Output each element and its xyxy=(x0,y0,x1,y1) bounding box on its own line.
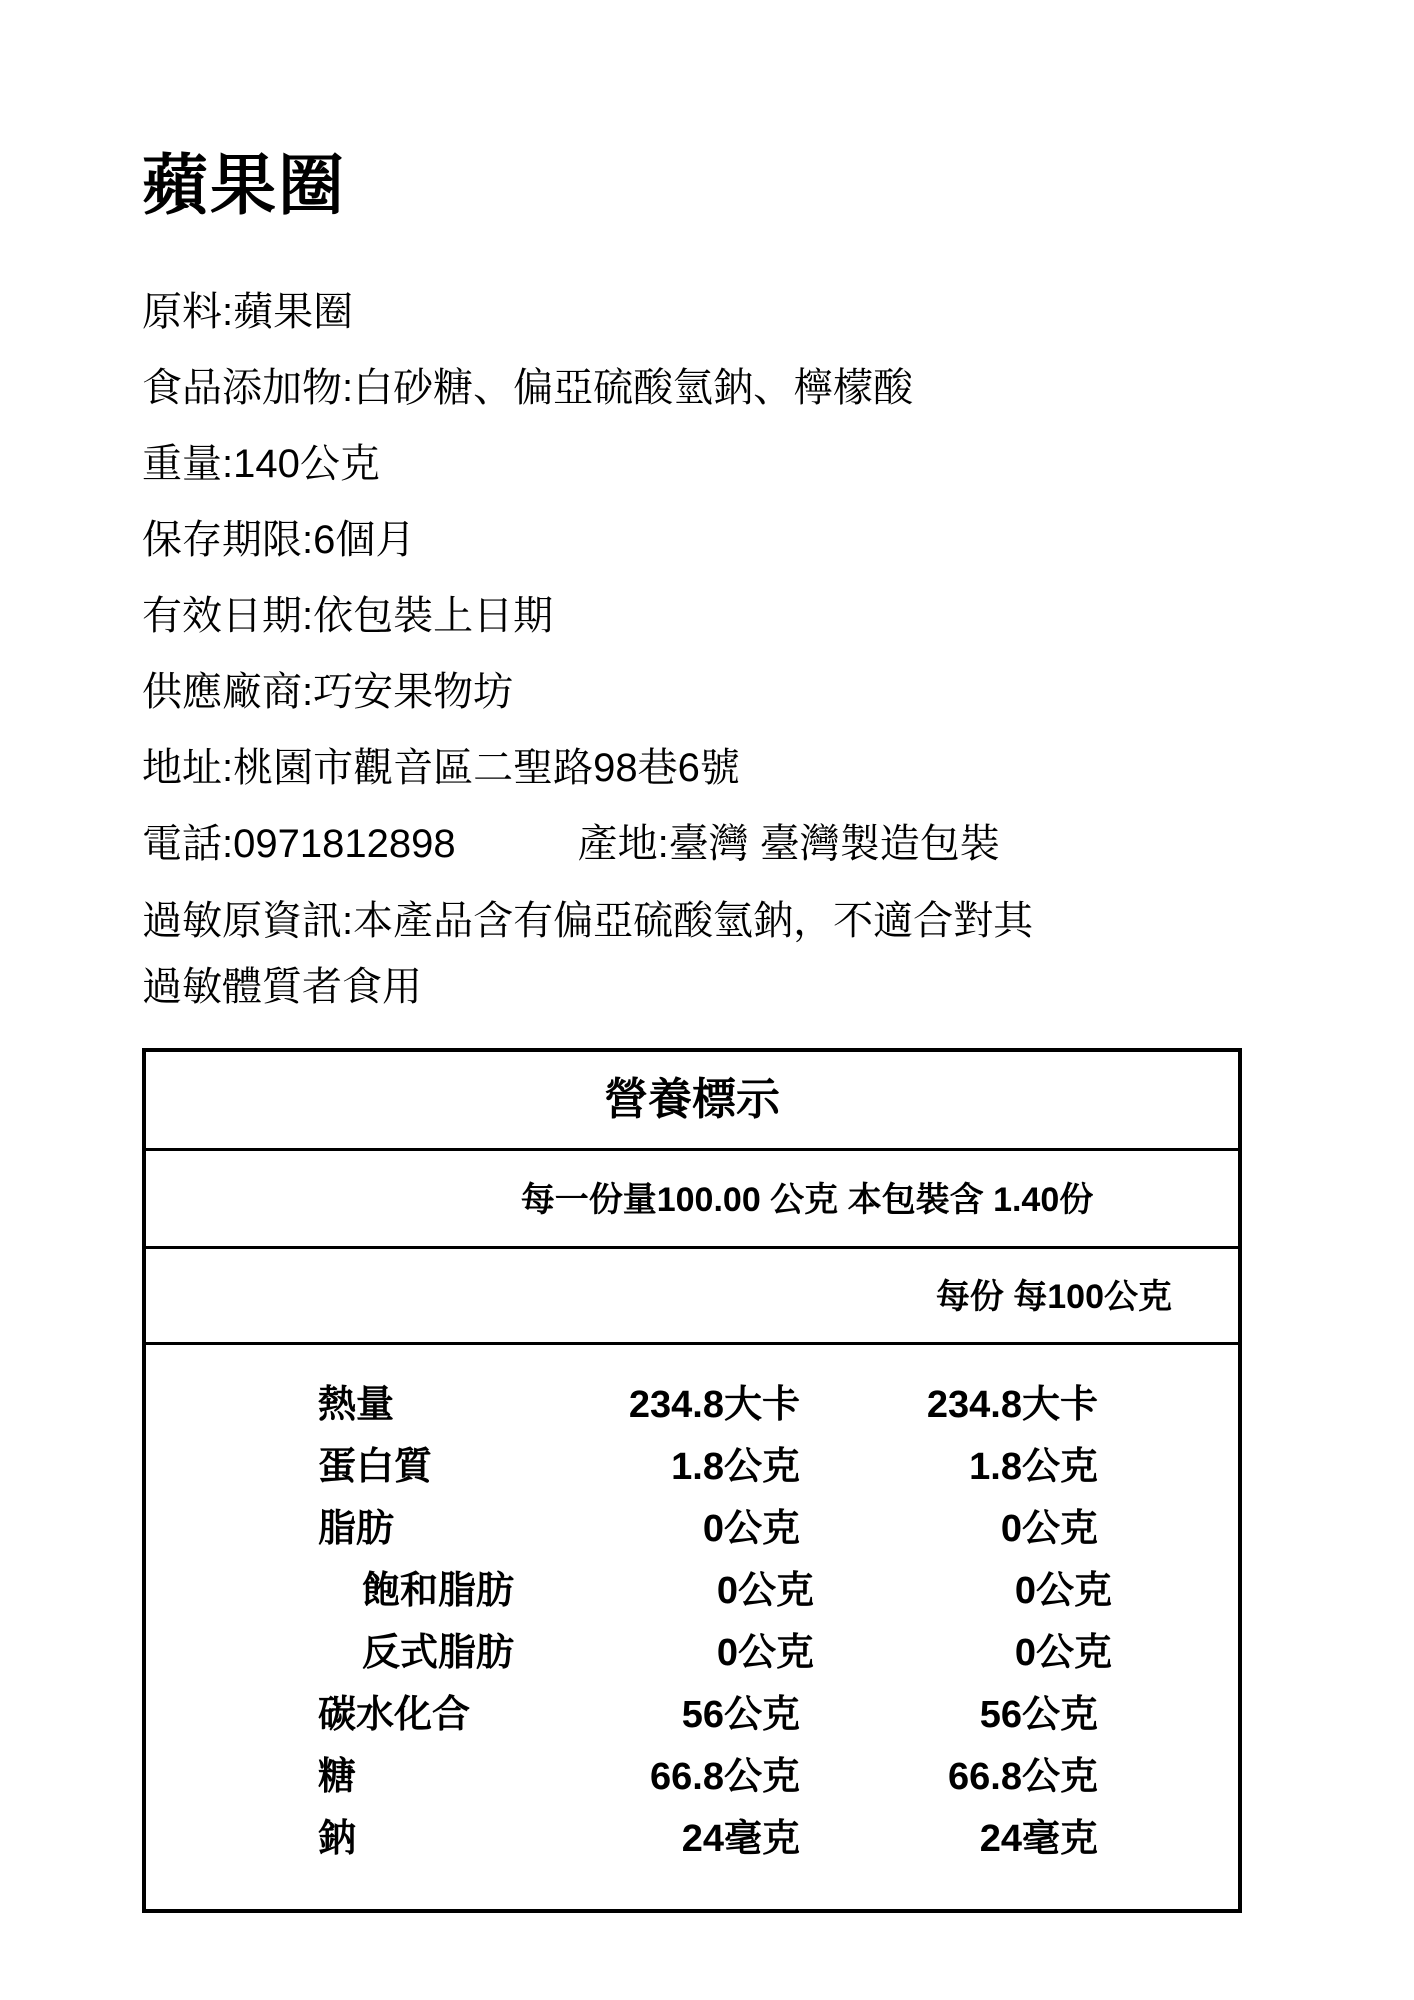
expiry-date-line: 有效日期:依包裝上日期 xyxy=(142,596,1414,636)
ingredients-line: 原料:蘋果圈 xyxy=(142,292,1414,332)
nutrition-facts-table: 營養標示 每一份量100.00 公克 本包裝含 1.40份 每份 每100公克 … xyxy=(142,1048,1242,1913)
origin-text: 產地:臺灣 臺灣製造包裝 xyxy=(578,824,1000,864)
nutrient-name: 熱量 xyxy=(318,1373,500,1428)
weight-line: 重量:140公克 xyxy=(142,444,1414,484)
nutrient-per-serving: 234.8大卡 xyxy=(500,1373,800,1428)
shelf-life-line: 保存期限:6個月 xyxy=(142,520,1414,560)
nutrition-table-title: 營養標示 xyxy=(146,1052,1238,1151)
nutrition-row: 碳水化合 56公克 56公克 xyxy=(318,1679,1098,1741)
nutrient-per-serving: 66.8公克 xyxy=(500,1745,800,1800)
address-line: 地址:桃園市觀音區二聖路98巷6號 xyxy=(142,748,1414,788)
nutrient-name: 鈉 xyxy=(318,1807,500,1862)
nutrient-name: 糖 xyxy=(318,1745,500,1800)
supplier-line: 供應廠商:巧安果物坊 xyxy=(142,672,1414,712)
nutrient-per-serving: 56公克 xyxy=(500,1683,800,1738)
allergen-info-text: 過敏原資訊:本產品含有偏亞硫酸氫鈉，不適合對其過敏體質者食用 xyxy=(142,888,1062,1020)
phone-origin-line: 電話:0971812898 產地:臺灣 臺灣製造包裝 xyxy=(142,824,1414,864)
nutrition-row: 蛋白質 1.8公克 1.8公克 xyxy=(318,1431,1098,1493)
nutrient-per-100g: 66.8公克 xyxy=(800,1745,1098,1800)
nutrient-per-100g: 0公克 xyxy=(814,1559,1112,1614)
nutrition-row: 鈉 24毫克 24毫克 xyxy=(318,1803,1098,1865)
nutrient-per-100g: 1.8公克 xyxy=(800,1435,1098,1490)
nutrient-per-serving: 0公克 xyxy=(514,1559,814,1614)
nutrient-per-100g: 24毫克 xyxy=(800,1807,1098,1862)
additives-line: 食品添加物:白砂糖、偏亞硫酸氫鈉、檸檬酸 xyxy=(142,368,1414,408)
product-label-page: 蘋果圈 原料:蘋果圈 食品添加物:白砂糖、偏亞硫酸氫鈉、檸檬酸 重量:140公克… xyxy=(0,0,1414,2000)
nutrient-per-100g: 0公克 xyxy=(800,1497,1098,1552)
nutrition-rows: 熱量 234.8大卡 234.8大卡 蛋白質 1.8公克 1.8公克 脂肪 0公… xyxy=(146,1345,1238,1909)
nutrient-per-100g: 234.8大卡 xyxy=(800,1373,1098,1428)
nutrient-name: 蛋白質 xyxy=(318,1435,500,1490)
nutrition-row: 脂肪 0公克 0公克 xyxy=(318,1493,1098,1555)
nutrient-per-serving: 0公克 xyxy=(500,1497,800,1552)
nutrition-row: 熱量 234.8大卡 234.8大卡 xyxy=(318,1369,1098,1431)
nutrient-per-serving: 1.8公克 xyxy=(500,1435,800,1490)
nutrient-name: 飽和脂肪 xyxy=(318,1559,514,1614)
product-title: 蘋果圈 xyxy=(142,150,1414,220)
nutrient-per-serving: 24毫克 xyxy=(500,1807,800,1862)
nutrient-name: 碳水化合 xyxy=(318,1683,500,1738)
phone-text: 電話:0971812898 xyxy=(142,824,456,864)
nutrition-row: 反式脂肪 0公克 0公克 xyxy=(318,1617,1098,1679)
nutrient-per-100g: 0公克 xyxy=(814,1621,1112,1676)
nutrient-name: 反式脂肪 xyxy=(318,1621,514,1676)
product-info-block: 原料:蘋果圈 食品添加物:白砂糖、偏亞硫酸氫鈉、檸檬酸 重量:140公克 保存期… xyxy=(142,292,1414,1020)
nutrient-per-serving: 0公克 xyxy=(514,1621,814,1676)
nutrition-row: 糖 66.8公克 66.8公克 xyxy=(318,1741,1098,1803)
nutrition-row: 飽和脂肪 0公克 0公克 xyxy=(318,1555,1098,1617)
column-header-row: 每份 每100公克 xyxy=(146,1249,1238,1345)
nutrient-per-100g: 56公克 xyxy=(800,1683,1098,1738)
nutrient-name: 脂肪 xyxy=(318,1497,500,1552)
serving-size-row: 每一份量100.00 公克 本包裝含 1.40份 xyxy=(146,1151,1238,1249)
